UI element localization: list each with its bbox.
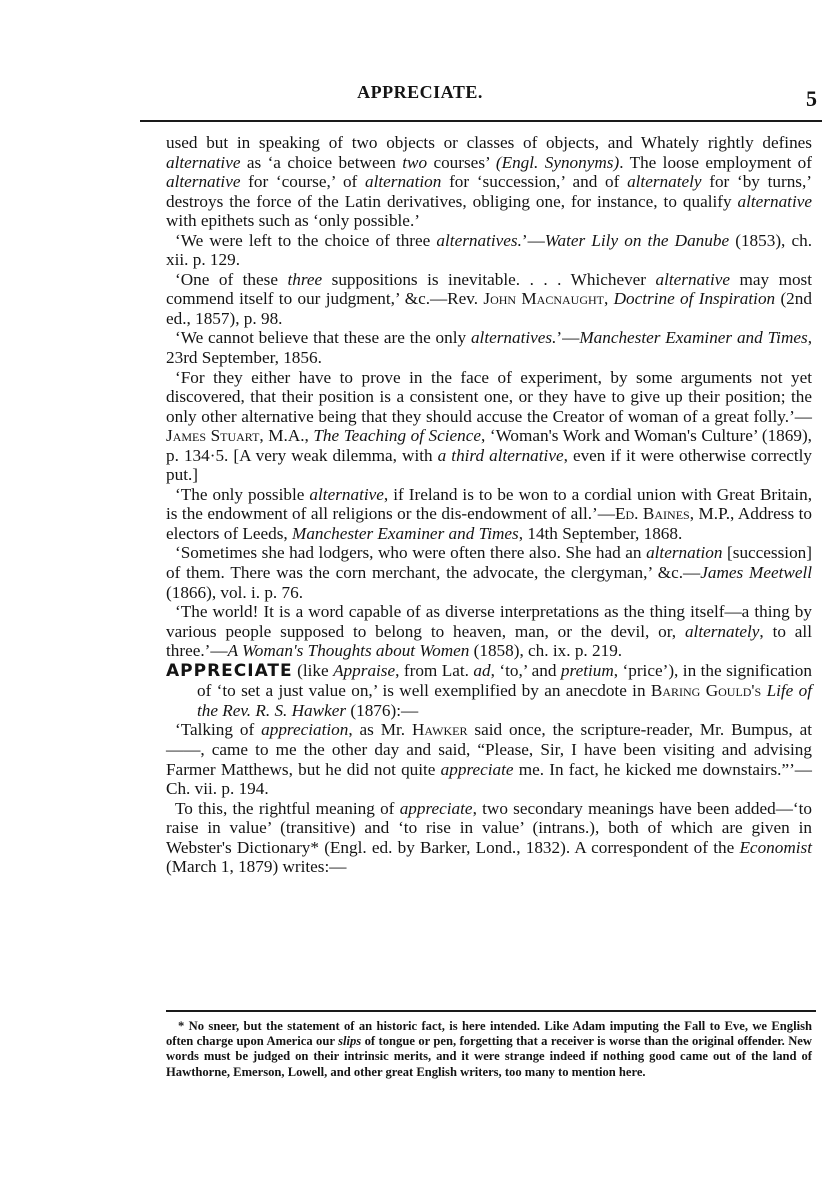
- italic-term: alternately: [685, 622, 759, 641]
- italic-term: alternatives.: [436, 231, 521, 250]
- italic-citation: (Engl. Synonyms): [496, 153, 619, 172]
- italic-term: a third alternative: [438, 446, 564, 465]
- quotation-baines: ‘The only possible alternative, if Irela…: [166, 485, 812, 544]
- header-rule: [140, 120, 822, 122]
- author-name: Baring Gould's: [651, 681, 761, 700]
- text: ’—: [522, 231, 545, 250]
- text: used but in speaking of two objects or c…: [166, 133, 812, 152]
- text: , as Mr.: [348, 720, 412, 739]
- text: (like: [293, 661, 333, 680]
- italic-term: alternation: [646, 543, 722, 562]
- text: ‘We cannot believe that these are the on…: [175, 328, 471, 347]
- text: (1858), ch. ix. p. 219.: [469, 641, 622, 660]
- text: (1866), vol. i. p. 76.: [166, 583, 303, 602]
- dictionary-entry-appreciate: APPRECIATE (like Appraise, from Lat. ad,…: [166, 661, 812, 721]
- text: ‘We were left to the choice of three: [175, 231, 436, 250]
- author-name: Ed. Baines: [615, 504, 690, 523]
- text: To this, the rightful meaning of: [175, 799, 400, 818]
- italic-term: alternative: [166, 153, 240, 172]
- text: suppositions is inevitable. . . . Whiche…: [322, 270, 655, 289]
- italic-term: alternative: [738, 192, 812, 211]
- italic-term: alternately: [627, 172, 701, 191]
- text: ’—: [556, 328, 579, 347]
- italic-citation: Manchester Examiner and Times: [579, 328, 807, 347]
- text: as ‘a choice between: [240, 153, 402, 172]
- text: ‘For they either have to prove in the fa…: [166, 368, 812, 426]
- text: (1876):—: [346, 701, 418, 720]
- text: , ‘to,’ and: [491, 661, 561, 680]
- text: ,: [604, 289, 614, 308]
- italic-term: alternative: [656, 270, 730, 289]
- text: for ‘course,’ of: [240, 172, 365, 191]
- text: (March 1, 1879) writes:—: [166, 857, 346, 876]
- text: , 14th September, 1868.: [519, 524, 683, 543]
- italic-term: two: [402, 153, 427, 172]
- quotation-stuart: ‘For they either have to prove in the fa…: [166, 368, 812, 485]
- italic-citation: Doctrine of Inspiration: [614, 289, 776, 308]
- italic-term: three: [287, 270, 322, 289]
- italic-citation: Manchester Examiner and Times: [292, 524, 519, 543]
- footnote-rule: [166, 1010, 816, 1012]
- text: with epithets such as ‘only possible.’: [166, 211, 420, 230]
- quotation-meetwell: ‘Sometimes she had lodgers, who were oft…: [166, 543, 812, 602]
- italic-term: Appraise: [333, 661, 395, 680]
- text: ‘Sometimes she had lodgers, who were oft…: [175, 543, 646, 562]
- italic-term: ad: [473, 661, 490, 680]
- text: , M.A.,: [259, 426, 313, 445]
- quotation-water-lily: ‘We were left to the choice of three alt…: [166, 231, 812, 270]
- text: courses’: [427, 153, 496, 172]
- body-text: used but in speaking of two objects or c…: [166, 133, 812, 877]
- text: ‘Talking of: [175, 720, 261, 739]
- text: for ‘succession,’ and of: [441, 172, 627, 191]
- author-name: Hawker: [412, 720, 467, 739]
- paragraph-continuation: used but in speaking of two objects or c…: [166, 133, 812, 231]
- italic-term: pretium: [561, 661, 614, 680]
- author-name: James Stuart: [166, 426, 259, 445]
- footnote: * No sneer, but the statement of an hist…: [166, 1019, 812, 1080]
- quotation-manchester-1856: ‘We cannot believe that these are the on…: [166, 328, 812, 367]
- quotation-macnaught: ‘One of these three suppositions is inev…: [166, 270, 812, 329]
- quotation-womans-thoughts: ‘The world! It is a word capable of as d…: [166, 602, 812, 661]
- italic-term: alternatives.: [471, 328, 556, 347]
- paragraph-secondary-meanings: To this, the rightful meaning of appreci…: [166, 799, 812, 877]
- italic-term: alternative: [166, 172, 240, 191]
- page-number: 5: [806, 86, 817, 112]
- italic-citation: Economist: [739, 838, 812, 857]
- italic-citation: Water Lily on the Danube: [545, 231, 729, 250]
- italic-term: slips: [338, 1034, 361, 1048]
- italic-term: appreciation: [261, 720, 348, 739]
- text: ‘One of these: [175, 270, 287, 289]
- quotation-hawker: ‘Talking of appreciation, as Mr. Hawker …: [166, 720, 812, 798]
- author-name: John Macnaught: [483, 289, 604, 308]
- footnote-text: * No sneer, but the statement of an hist…: [166, 1019, 812, 1080]
- italic-term: alternation: [365, 172, 441, 191]
- italic-term: appreciate: [441, 760, 514, 779]
- italic-citation: James Meetwell: [700, 563, 812, 582]
- entry-headword: APPRECIATE: [166, 661, 293, 681]
- text: . The loose employment of: [619, 153, 812, 172]
- italic-term: appreciate: [400, 799, 473, 818]
- italic-citation: The Teaching of Science: [313, 426, 481, 445]
- italic-citation: A Woman's Thoughts about Women: [228, 641, 470, 660]
- text: , from Lat.: [395, 661, 473, 680]
- text: ‘The only possible: [175, 485, 309, 504]
- italic-term: alternative: [309, 485, 383, 504]
- running-head: APPRECIATE.: [0, 82, 840, 103]
